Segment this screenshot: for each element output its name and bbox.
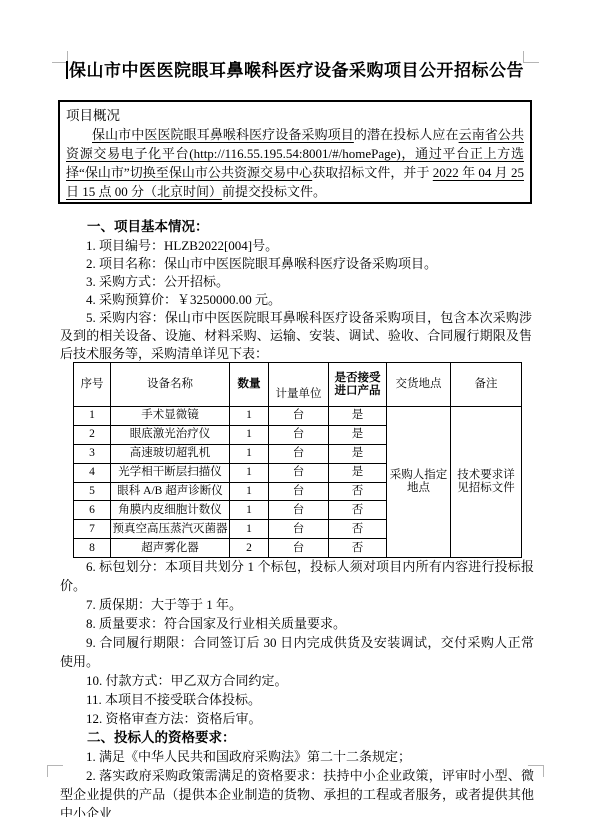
table-cell-import_allowed: 否 xyxy=(329,520,387,539)
basic-info-item: 12. 资格审查方法：资格后审。 xyxy=(60,709,534,728)
table-cell-import_allowed: 是 xyxy=(329,425,387,444)
table-cell-name: 高速玻切超乳机 xyxy=(111,444,230,463)
table-header-row: 序号设备名称数量计量单位是否接受进口产品交货地点备注 xyxy=(74,363,522,407)
basic-info-item: 8. 质量要求：符合国家及行业相关质量要求。 xyxy=(60,614,534,633)
basic-info-item: 4. 采购预算价：￥3250000.00 元。 xyxy=(60,291,532,309)
table-cell-name: 预真空高压蒸汽灭菌器 xyxy=(111,520,230,539)
table-cell-qty: 1 xyxy=(230,463,269,482)
table-cell-import_allowed: 是 xyxy=(329,407,387,426)
table-header-cell: 交货地点 xyxy=(387,363,451,407)
table-cell-import_allowed: 否 xyxy=(329,501,387,520)
remark-cell: 技术要求详见招标文件 xyxy=(451,407,522,558)
basic-info-item: 3. 采购方式：公开招标。 xyxy=(60,273,532,291)
section-1-heading: 一、项目基本情况： xyxy=(60,218,530,236)
table-cell-unit: 台 xyxy=(269,463,329,482)
table-cell-no: 8 xyxy=(74,539,111,558)
basic-info-item: 2. 项目名称：保山市中医医院眼耳鼻喉科医疗设备采购项目。 xyxy=(60,255,532,273)
table-cell-qty: 1 xyxy=(230,501,269,520)
basic-info-item: 10. 付款方式：甲乙双方合同约定。 xyxy=(60,671,534,690)
overview-segment: 的潜在投标人应在 xyxy=(354,127,459,142)
document-page: 保山市中医医院眼耳鼻喉科医疗设备采购项目公开招标公告 项目概况 保山市中医医院眼… xyxy=(0,0,590,817)
table-header-cell: 备注 xyxy=(451,363,522,407)
table-cell-name: 手术显微镜 xyxy=(111,407,230,426)
table-cell-unit: 台 xyxy=(269,444,329,463)
project-overview-box: 项目概况 保山市中医医院眼耳鼻喉科医疗设备采购项目的潜在投标人应在云南省公共资源… xyxy=(58,100,532,204)
basic-info-item: 1. 项目编号：HLZB2022[004]号。 xyxy=(60,237,532,255)
delivery-place-cell: 采购人指定地点 xyxy=(387,407,451,558)
text-cursor xyxy=(66,61,68,79)
overview-segment: 前提交投标文件。 xyxy=(222,184,326,199)
table-cell-no: 2 xyxy=(74,425,111,444)
table-cell-name: 角膜内皮细胞计数仪 xyxy=(111,501,230,520)
table-cell-import_allowed: 是 xyxy=(329,463,387,482)
qualification-item: 2. 落实政府采购政策需满足的资格要求：扶持中小企业政策，评审时小型、微型企业提… xyxy=(60,766,534,817)
table-cell-unit: 台 xyxy=(269,407,329,426)
table-header-cell: 设备名称 xyxy=(111,363,230,407)
table-header-cell: 计量单位 xyxy=(269,363,329,407)
table-row: 1手术显微镜1台是采购人指定地点技术要求详见招标文件 xyxy=(74,407,522,426)
document-title: 保山市中医医院眼耳鼻喉科医疗设备采购项目公开招标公告 xyxy=(0,58,590,84)
table-header-cell: 是否接受进口产品 xyxy=(329,363,387,407)
table-header-cell: 序号 xyxy=(74,363,111,407)
post-table-block: 6. 标包划分：本项目共划分 1 个标包，投标人须对项目内所有内容进行投标报价。… xyxy=(60,557,534,817)
table-cell-no: 6 xyxy=(74,501,111,520)
table-cell-name: 光学相干断层扫描仪 xyxy=(111,463,230,482)
table-header-cell: 数量 xyxy=(230,363,269,407)
basic-info-item: 6. 标包划分：本项目共划分 1 个标包，投标人须对项目内所有内容进行投标报价。 xyxy=(60,557,534,595)
overview-underlined-segment: 保山市中医医院眼耳鼻喉科医疗设备采购项目 xyxy=(92,127,354,142)
table-cell-import_allowed: 否 xyxy=(329,482,387,501)
document-title-text: 保山市中医医院眼耳鼻喉科医疗设备采购项目公开招标公告 xyxy=(69,61,524,80)
table-cell-no: 7 xyxy=(74,520,111,539)
table-cell-no: 1 xyxy=(74,407,111,426)
table-cell-unit: 台 xyxy=(269,539,329,558)
table-cell-unit: 台 xyxy=(269,520,329,539)
overview-segment: 获取招标文件，并于 xyxy=(312,165,433,180)
overview-paragraph: 保山市中医医院眼耳鼻喉科医疗设备采购项目的潜在投标人应在云南省公共资源交易电子化… xyxy=(66,125,524,201)
table-cell-no: 5 xyxy=(74,482,111,501)
basic-info-item: 7. 质保期：大于等于 1 年。 xyxy=(60,595,534,614)
table-cell-qty: 1 xyxy=(230,425,269,444)
table-cell-name: 眼科 A/B 超声诊断仪 xyxy=(111,482,230,501)
procurement-table: 序号设备名称数量计量单位是否接受进口产品交货地点备注 1手术显微镜1台是采购人指… xyxy=(73,362,522,558)
qualification-item: 1. 满足《中华人民共和国政府采购法》第二十二条规定； xyxy=(60,747,534,766)
table-cell-no: 4 xyxy=(74,463,111,482)
section-2-heading: 二、投标人的资格要求： xyxy=(60,728,534,747)
overview-label: 项目概况 xyxy=(66,106,524,125)
table-cell-qty: 2 xyxy=(230,539,269,558)
table-cell-import_allowed: 否 xyxy=(329,539,387,558)
table-cell-qty: 1 xyxy=(230,520,269,539)
basic-info-item: 5. 采购内容：保山市中医医院眼耳鼻喉科医疗设备采购项目，包含本次采购涉及到的相… xyxy=(60,309,532,363)
table-cell-import_allowed: 是 xyxy=(329,444,387,463)
table-cell-no: 3 xyxy=(74,444,111,463)
table-cell-qty: 1 xyxy=(230,407,269,426)
basic-info-item: 11. 本项目不接受联合体投标。 xyxy=(60,690,534,709)
table-cell-unit: 台 xyxy=(269,482,329,501)
table-cell-name: 超声雾化器 xyxy=(111,539,230,558)
table-cell-unit: 台 xyxy=(269,425,329,444)
section-1-items: 1. 项目编号：HLZB2022[004]号。2. 项目名称：保山市中医医院眼耳… xyxy=(60,237,532,363)
table-cell-qty: 1 xyxy=(230,444,269,463)
table-cell-name: 眼底激光治疗仪 xyxy=(111,425,230,444)
table-cell-qty: 1 xyxy=(230,482,269,501)
table-cell-unit: 台 xyxy=(269,501,329,520)
basic-info-item: 9. 合同履行期限：合同签订后 30 日内完成供货及安装调试，交付采购人正常使用… xyxy=(60,633,534,671)
